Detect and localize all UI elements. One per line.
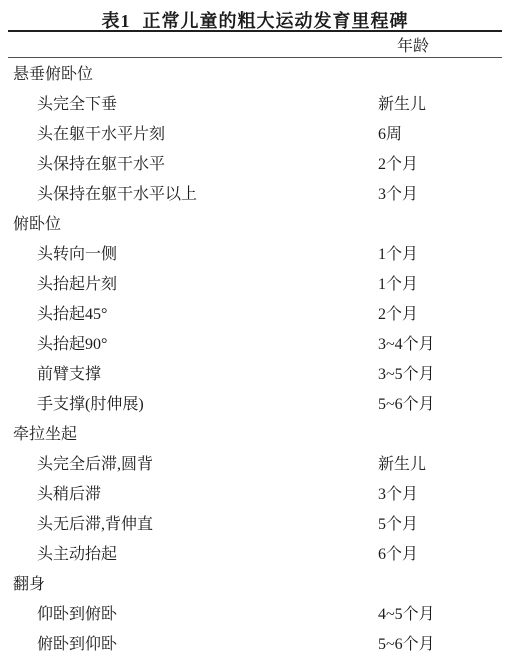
milestone-label: 头稍后滞 [0,480,378,510]
milestone-label: 头完全下垂 [0,90,378,120]
table-row: 手支撑(肘伸展) 5~6个月 [0,390,510,420]
table-title-text: 正常儿童的粗大运动发育里程碑 [143,11,409,31]
milestone-label: 头无后滞,背伸直 [0,510,378,540]
age-value: 3个月 [378,180,510,210]
milestone-label: 头转向一侧 [0,240,378,270]
milestone-label: 头抬起90° [0,330,378,360]
table-row: 头在躯干水平片刻 6周 [0,120,510,150]
age-value: 3~5个月 [378,360,510,390]
milestone-label: 头在躯干水平片刻 [0,120,378,150]
table-row: 牵拉坐起 [0,420,510,450]
milestone-label: 俯卧到仰卧 [0,630,378,660]
age-value: 1个月 [378,270,510,300]
age-value: 3个月 [378,480,510,510]
age-value: 6个月 [378,540,510,570]
table-row: 头抬起90° 3~4个月 [0,330,510,360]
milestone-label: 头保持在躯干水平 [0,150,378,180]
age-value: 2个月 [378,300,510,330]
table-row: 头完全下垂 新生儿 [0,90,510,120]
milestone-label: 手支撑(肘伸展) [0,390,378,420]
table-body: 悬垂俯卧位 头完全下垂 新生儿 头在躯干水平片刻 6周 头保持在躯干水平 2个月… [0,58,510,660]
milestone-label: 头保持在躯干水平以上 [0,180,378,210]
milestone-label: 悬垂俯卧位 [0,60,378,90]
milestone-label: 前臂支撑 [0,360,378,390]
table-row: 头抬起片刻 1个月 [0,270,510,300]
milestone-label: 头完全后滞,圆背 [0,450,378,480]
age-value: 新生儿 [378,90,510,120]
table-row: 俯卧到仰卧 5~6个月 [0,630,510,660]
table-row: 头转向一侧 1个月 [0,240,510,270]
age-value: 5个月 [378,510,510,540]
table-row: 头保持在躯干水平以上 3个月 [0,180,510,210]
table-row: 仰卧到俯卧 4~5个月 [0,600,510,630]
age-value: 3~4个月 [378,330,510,360]
table-row: 俯卧位 [0,210,510,240]
age-value: 4~5个月 [378,600,510,630]
milestone-label: 翻身 [0,570,378,600]
table-row: 头主动抬起 6个月 [0,540,510,570]
age-value: 5~6个月 [378,390,510,420]
age-value: 2个月 [378,150,510,180]
table-row: 头完全后滞,圆背 新生儿 [0,450,510,480]
age-column-header: 年龄 [378,33,510,56]
milestone-label: 俯卧位 [0,210,378,240]
milestone-label: 头抬起45° [0,300,378,330]
table-row: 头抬起45° 2个月 [0,300,510,330]
age-value: 6周 [378,120,510,150]
table-caption: 表1正常儿童的粗大运动发育里程碑 [0,0,510,27]
table-row: 头保持在躯干水平 2个月 [0,150,510,180]
table-row: 悬垂俯卧位 [0,60,510,90]
age-value: 1个月 [378,240,510,270]
age-value: 5~6个月 [378,630,510,660]
milestone-label: 仰卧到俯卧 [0,600,378,630]
table-row: 头无后滞,背伸直 5个月 [0,510,510,540]
table-number: 表1 [102,11,131,31]
column-header-row: 年龄 [0,32,510,57]
table-row: 前臂支撑 3~5个月 [0,360,510,390]
table-row: 翻身 [0,570,510,600]
milestone-label: 头抬起片刻 [0,270,378,300]
table-figure: 表1正常儿童的粗大运动发育里程碑 年龄 悬垂俯卧位 头完全下垂 新生儿 头在躯干… [0,0,510,668]
milestone-label: 牵拉坐起 [0,420,378,450]
age-value: 新生儿 [378,450,510,480]
table-row: 头稍后滞 3个月 [0,480,510,510]
milestone-label: 头主动抬起 [0,540,378,570]
